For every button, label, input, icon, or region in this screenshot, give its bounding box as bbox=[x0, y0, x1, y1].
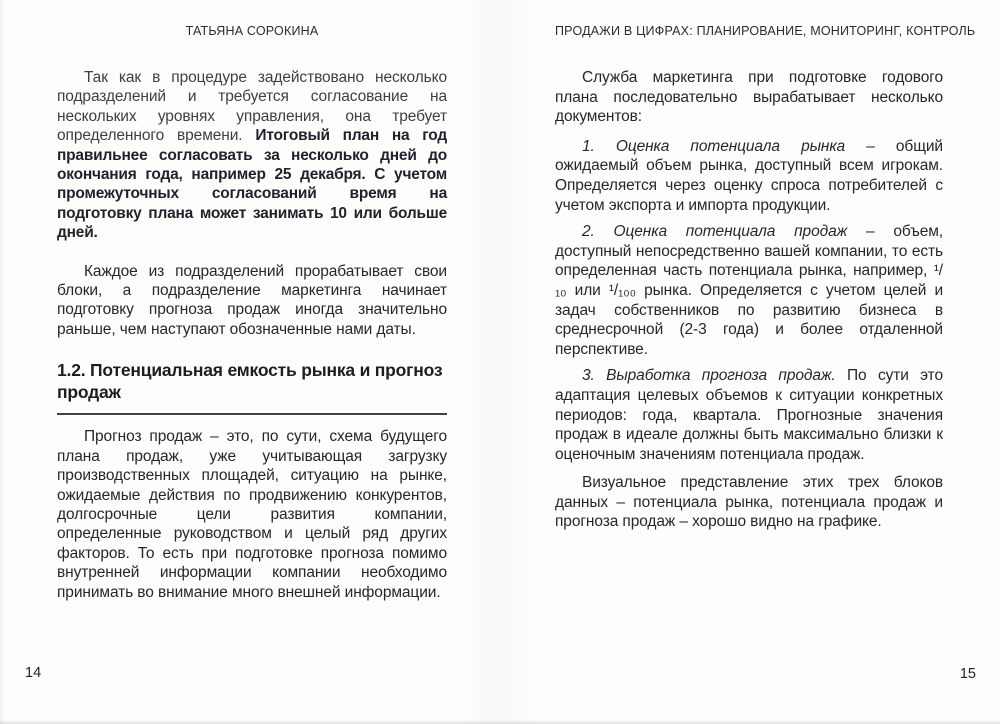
right-page-text-column: Служба маркетинга при подготовке годовог… bbox=[555, 68, 943, 532]
paragraph-departments: Каждое из подразделений прорабатывает св… bbox=[57, 262, 447, 340]
left-running-header: ТАТЬЯНА СОРОКИНА bbox=[57, 24, 447, 39]
paragraph-forecast-definition: Прогноз продаж – это, по сути, схема буд… bbox=[57, 427, 447, 602]
right-page-number: 15 bbox=[960, 666, 976, 682]
term-sales-potential: 2. Оценка потенциала продаж bbox=[582, 223, 847, 240]
section-heading-1-2: 1.2. Потенциальная емкость рынка и прогн… bbox=[57, 359, 447, 415]
scan-left-edge bbox=[0, 0, 5, 724]
paragraph-approval-procedure: Так как в процедуре задействовано нескол… bbox=[57, 68, 447, 243]
definition-sales-potential: – объем, доступный непосредственно вашей… bbox=[555, 223, 943, 358]
page-gutter-shadow bbox=[462, 0, 538, 724]
scan-bottom-edge bbox=[0, 720, 1000, 724]
term-market-potential: 1. Оценка потенциала рынка bbox=[582, 138, 845, 155]
paragraph-text-bold-highlight: Итоговый план на год правильнее согласов… bbox=[57, 127, 447, 241]
list-item-sales-potential: 2. Оценка потенциала продаж – объем, дос… bbox=[555, 222, 943, 359]
left-page-number: 14 bbox=[25, 665, 41, 681]
left-page-text-column: Так как в процедуре задействовано нескол… bbox=[57, 68, 447, 602]
paragraph-marketing-intro: Служба маркетинга при подготовке годовог… bbox=[555, 68, 943, 127]
right-running-header: ПРОДАЖИ В ЦИФРАХ: ПЛАНИРОВАНИЕ, МОНИТОРИ… bbox=[555, 24, 943, 39]
term-sales-forecast: 3. Выработка прогноза продаж. bbox=[582, 367, 836, 384]
book-spread: ТАТЬЯНА СОРОКИНА ПРОДАЖИ В ЦИФРАХ: ПЛАНИ… bbox=[0, 0, 1000, 724]
paragraph-closing: Визуальное представление этих трех блоко… bbox=[555, 473, 943, 532]
list-item-market-potential: 1. Оценка потенциала рынка – общий ожида… bbox=[555, 137, 943, 215]
list-item-sales-forecast: 3. Выработка прогноза продаж. По сути эт… bbox=[555, 366, 943, 464]
